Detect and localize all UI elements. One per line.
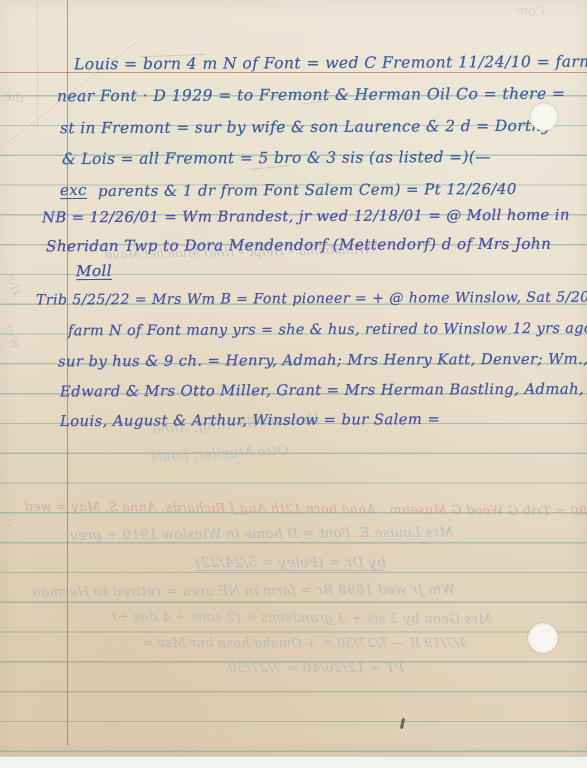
handwriting-line: Trib 5/25/22 = Mrs Wm B = Font pioneer =… <box>36 290 587 309</box>
scanned-notebook-page: 1880 = Trib G Wood G Museum · Anna born … <box>0 0 587 768</box>
handwriting-line: farm N of Font many yrs = she & hus, ret… <box>68 321 587 340</box>
handwriting-line: sur by hus & 9 ch. = Henry, Admah; Mrs H… <box>58 351 587 371</box>
bleedthrough-line: lll <box>2 512 19 528</box>
handwriting-line: parents & 1 dr from Font Salem Cem) = Pt… <box>98 180 517 200</box>
bleedthrough-line: Com <box>515 3 545 19</box>
left-margin-line <box>67 0 68 746</box>
hole-punch <box>530 103 558 131</box>
handwriting-line: near Font · D 1929 = to Fremont & Herman… <box>57 85 566 106</box>
paper-crease-vertical <box>37 0 38 130</box>
handwriting-line: & Lois = all Fremont = 5 bro & 3 sis (as… <box>62 148 491 168</box>
bleedthrough-line: 4/7/19 B — 7/27/50 = + Omaha hosp bur Ms… <box>142 636 467 651</box>
handwriting-line: st in Fremont = sur by wife & son Lauren… <box>60 117 551 138</box>
handwriting-line: Moll <box>76 262 112 280</box>
handwriting-line: exc <box>60 181 87 199</box>
scanner-edge <box>0 756 587 768</box>
hole-punch <box>528 623 558 653</box>
handwriting-line: Sheridan Twp to Dora Mendendorf (Mettend… <box>46 235 551 256</box>
handwriting-line: Edward & Mrs Otto Miller, Grant = Mrs He… <box>60 381 584 401</box>
handwriting-line: Louis = born 4 m N of Font = wed C Fremo… <box>74 53 587 74</box>
bleedthrough-line: Wm Jr wed 1898 Br = farm in NE area = re… <box>32 583 455 601</box>
paper: 1880 = Trib G Wood G Museum · Anna born … <box>0 0 587 757</box>
bleedthrough-line: Mrs Geon by 2 sis + 3 grandsons = (2 son… <box>112 610 492 628</box>
handwriting-line: Louis, August & Arthur, Winslow = bur Sa… <box>60 411 440 430</box>
handwriting-line: NB = 12/26/01 = Wm Brandest, jr wed 12/1… <box>42 207 570 227</box>
bleedthrough-line: by Dr = (Foley = 5/24/22) <box>195 555 386 571</box>
bleedthrough-line: PT = 12/26/40 = 7/27/50 <box>228 661 404 676</box>
